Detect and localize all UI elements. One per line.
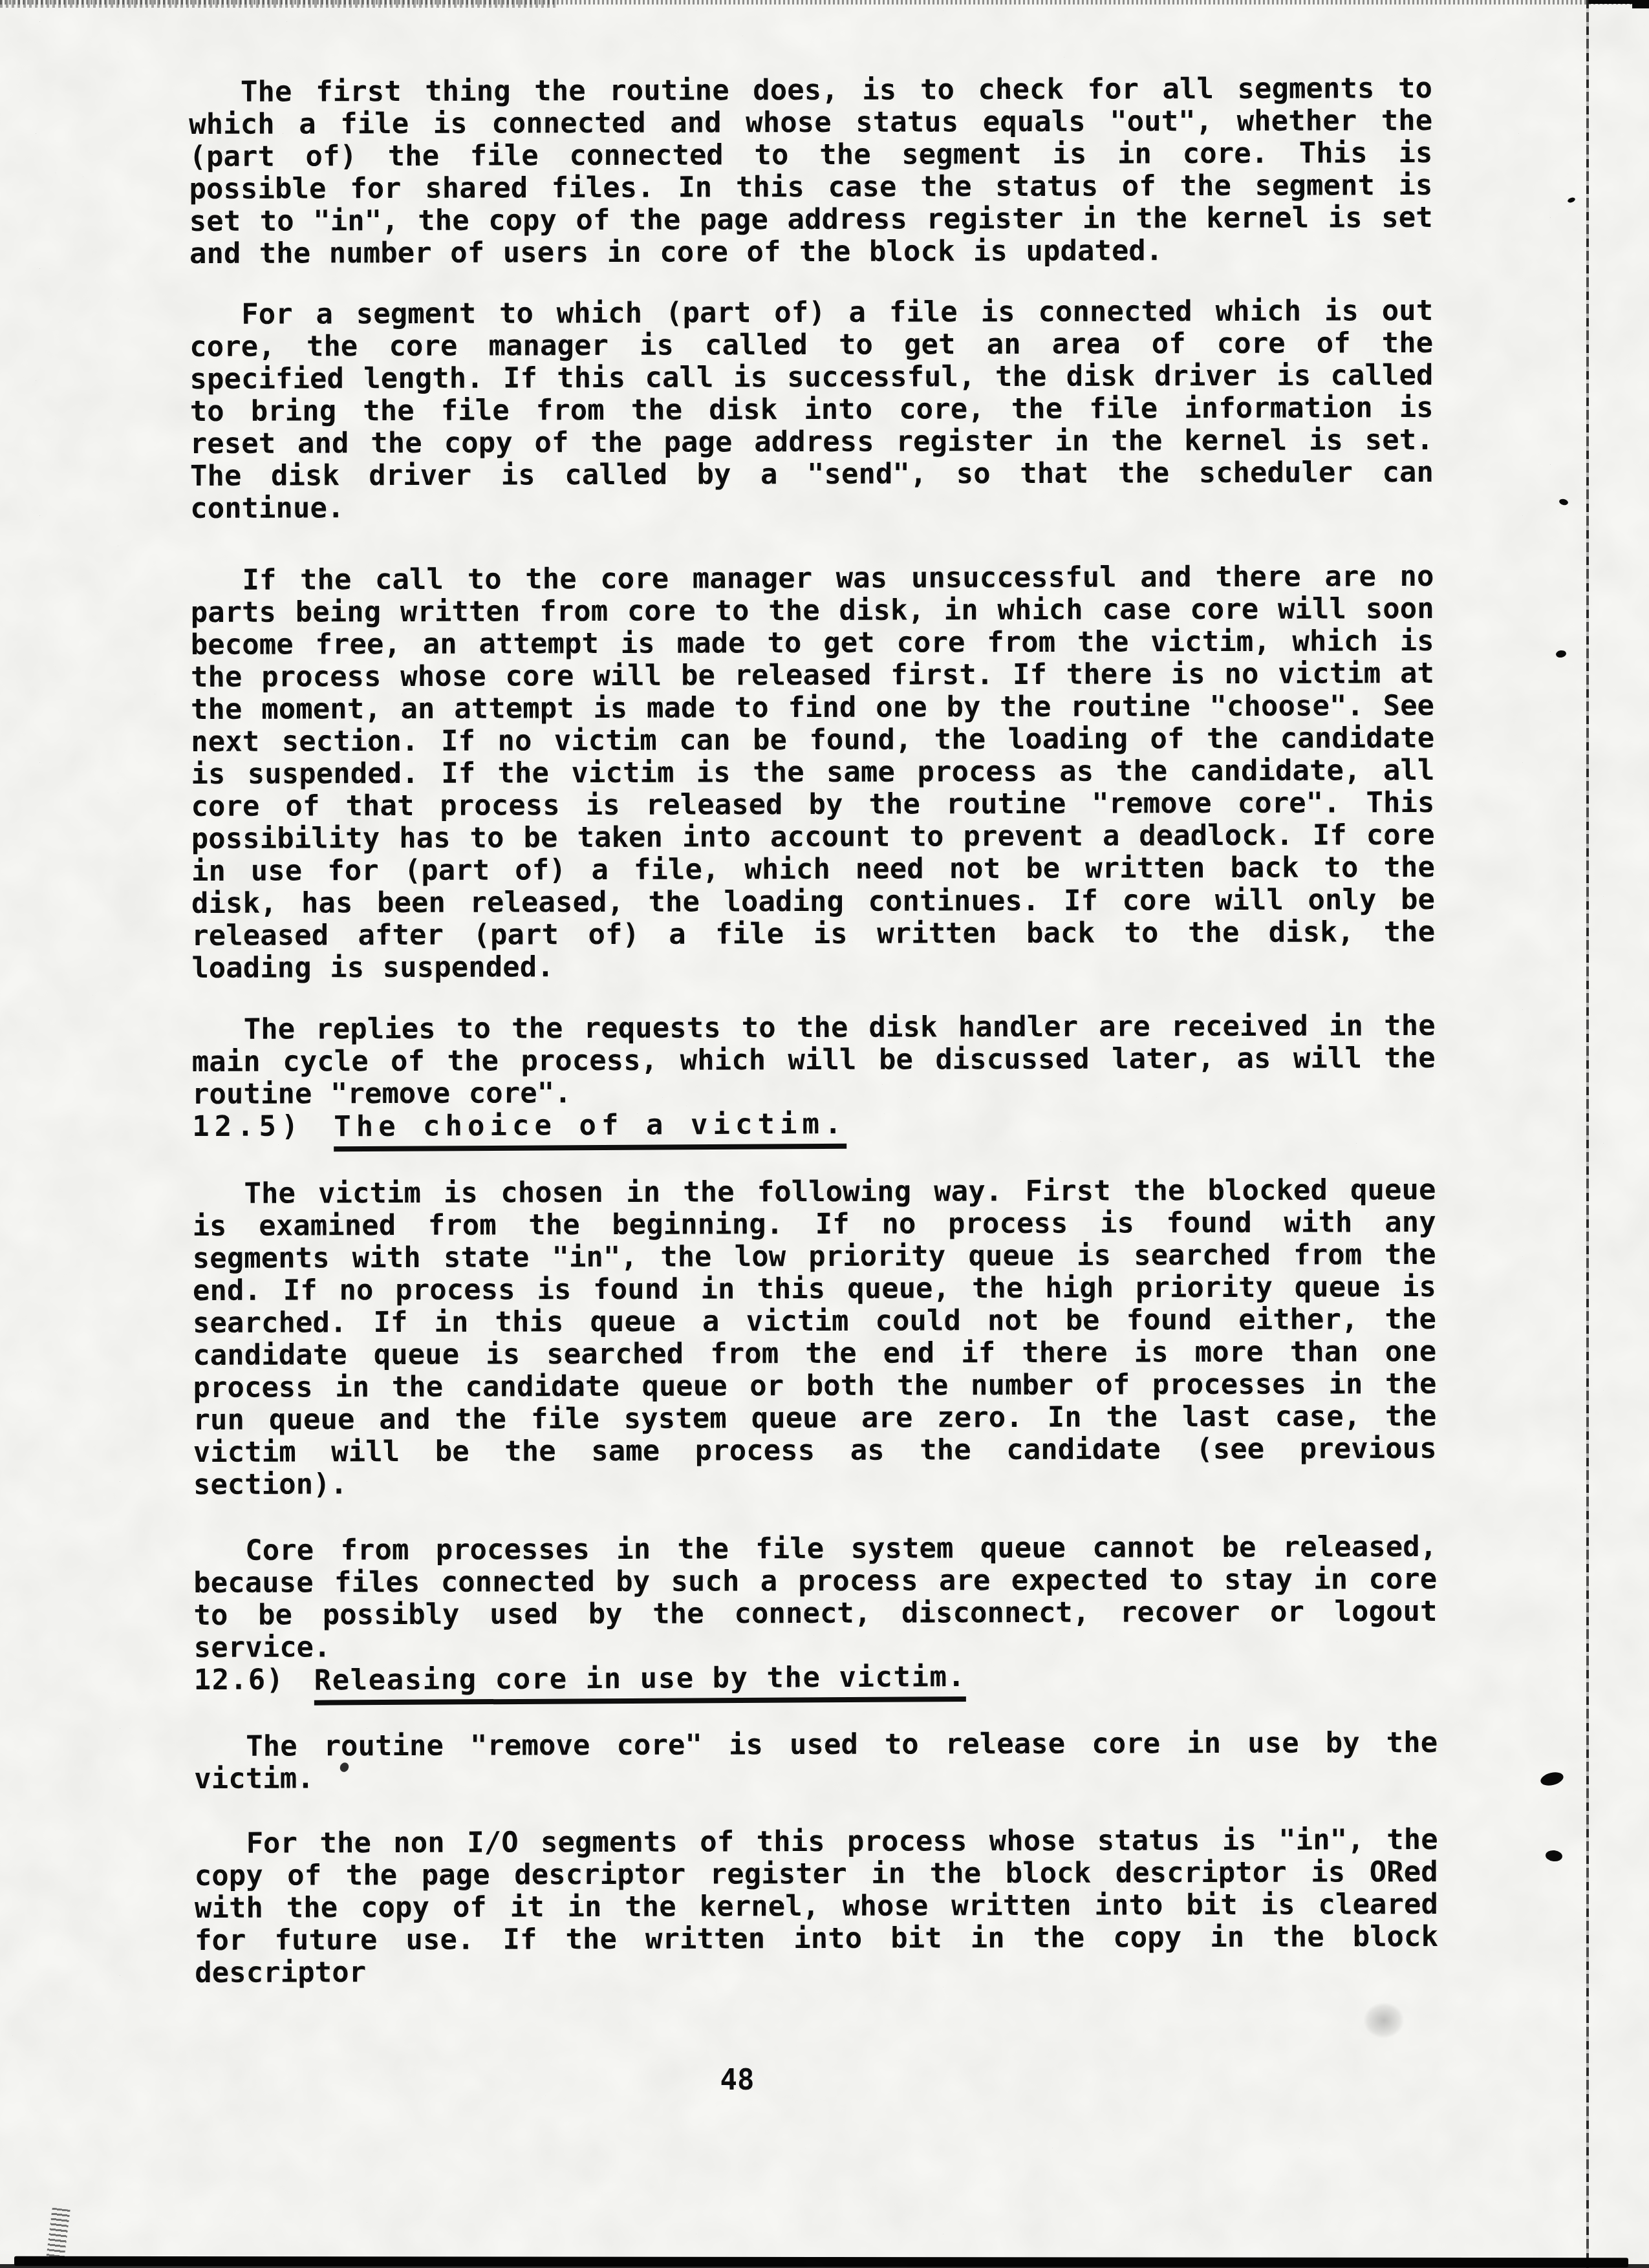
ink-speck xyxy=(1539,1770,1565,1788)
ink-speck xyxy=(1567,197,1576,204)
section-number: 12.5) xyxy=(192,1109,304,1143)
ink-smudge xyxy=(1357,1996,1411,2044)
section-title: The choice of a victim. xyxy=(334,1108,846,1152)
section-title: Releasing core in use by the victim. xyxy=(314,1661,966,1706)
paragraph: The routine "remove core" is used to rel… xyxy=(194,1727,1438,1795)
page-number: 48 xyxy=(708,2064,766,2097)
paragraph: The replies to the requests to the disk … xyxy=(192,1010,1436,1111)
ink-speck xyxy=(1558,498,1569,506)
scan-artifact-fold-line xyxy=(1586,0,1589,2268)
paragraph: For the non I/O segments of this process… xyxy=(195,1824,1439,1989)
section-number: 12.6) xyxy=(194,1664,285,1696)
scanned-document-page: The first thing the routine does, is to … xyxy=(0,0,1649,2268)
scan-artifact-bottom-bar xyxy=(14,2256,1628,2268)
scan-artifact-top-left xyxy=(0,0,556,8)
paragraph: If the call to the core manager was unsu… xyxy=(190,561,1435,985)
paragraph: The victim is chosen in the following wa… xyxy=(192,1174,1437,1501)
ink-speck xyxy=(1545,1850,1563,1863)
ink-speck xyxy=(1555,650,1566,658)
paragraph: The first thing the routine does, is to … xyxy=(189,72,1433,270)
scan-artifact-bottom-edge xyxy=(0,2264,1649,2268)
paragraph: For a segment to which (part of) a file … xyxy=(189,295,1434,525)
text-column: The first thing the routine does, is to … xyxy=(189,72,1438,1989)
scan-artifact-top-right-line xyxy=(1588,0,1649,4)
scan-artifact-corner-blob xyxy=(1632,0,1649,8)
paragraph: Core from processes in the file system q… xyxy=(193,1531,1438,1664)
section-heading-12-6: 12.6) Releasing core in use by the victi… xyxy=(194,1660,1438,1705)
scan-artifact-left-streak xyxy=(46,2208,70,2260)
section-heading-12-5: 12.5) The choice of a victim. xyxy=(192,1107,1436,1151)
scan-artifact-top-edge xyxy=(0,0,1649,5)
